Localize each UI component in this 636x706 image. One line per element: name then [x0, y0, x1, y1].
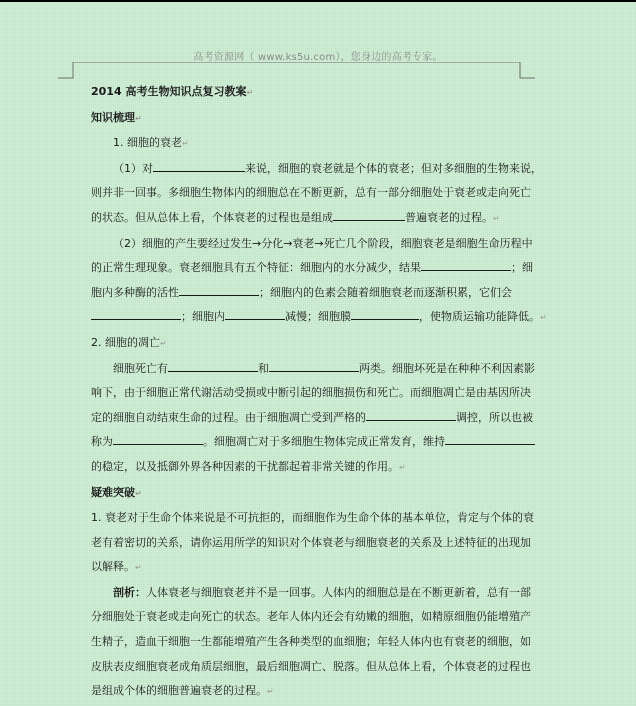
- item-heading-cell-aging: 1. 细胞的衰老↵: [91, 131, 547, 157]
- analysis-line-1: 剖析：人体衰老与细胞衰老并不是一回事。人体内的细胞总是在不断更新着，总有一部: [91, 581, 547, 606]
- question-line-1: 1. 衰老对于生命个体来说是不可抗拒的，而细胞作为生命个体的基本单位，肯定与个体…: [91, 506, 547, 531]
- fill-blank: [421, 260, 511, 271]
- paragraph-1-line-3: 的状态。但从总体上看，个体衰老的过程也是组成普遍衰老的过程。↵: [91, 206, 547, 232]
- paragraph-2-line-2: 的正常生理现象。衰老细胞具有五个特征：细胞内的水分减少，结果；细: [91, 256, 547, 281]
- fill-blank: [445, 434, 535, 445]
- question-line-2: 老有着密切的关系，请你运用所学的知识对个体衰老与细胞衰老的关系及上述特征的出现加: [91, 531, 547, 556]
- section-heading-knowledge: 知识梳理↵: [91, 106, 547, 132]
- fill-blank: [91, 309, 181, 320]
- item-heading-apoptosis: 2. 细胞的凋亡↵: [91, 331, 547, 357]
- paragraph-2-line-1: （2）细胞的产生要经过发生→分化→衰老→死亡几个阶段，细胞衰老是细胞生命历程中: [91, 232, 547, 257]
- fill-blank: [179, 285, 259, 296]
- document-title: 2014 高考生物知识点复习教案↵: [91, 80, 547, 106]
- fill-blank: [269, 361, 359, 372]
- fill-blank: [168, 361, 258, 372]
- document-body: 2014 高考生物知识点复习教案↵ 知识梳理↵ 1. 细胞的衰老↵ （1）对来说…: [91, 80, 547, 705]
- analysis-line-4: 皮肤表皮细胞衰老成角质层细胞，最后细胞凋亡、脱落。但从总体上看，个体衰老的过程也: [91, 655, 547, 680]
- header-rule: [58, 62, 575, 79]
- page-header: 高考资源网（ www.ks5u.com），您身边的高考专家。: [0, 48, 636, 63]
- fill-blank: [366, 410, 456, 421]
- paragraph-1-line-1: （1）对来说，细胞的衰老就是个体的衰老；但对多细胞的生物来说，: [91, 157, 547, 182]
- analysis-line-5: 是组成个体的细胞普遍衰老的过程。↵: [91, 679, 547, 705]
- window-top-border: [0, 0, 636, 2]
- fill-blank: [351, 309, 419, 320]
- fill-blank: [153, 161, 245, 172]
- analysis-line-3: 生精子，造血干细胞一生都能增殖产生各种类型的血细胞；年轻人体内也有衰老的细胞，如: [91, 630, 547, 655]
- apoptosis-line-3: 定的细胞自动结束生命的过程。由于细胞凋亡受到严格的调控，所以也被: [91, 406, 547, 431]
- analysis-label: 剖析：: [113, 586, 146, 599]
- section-heading-difficulties: 疑难突破↵: [91, 481, 547, 507]
- fill-blank: [333, 210, 405, 221]
- apoptosis-line-2: 响下，由于细胞正常代谢活动受损或中断引起的细胞损伤和死亡。而细胞凋亡是由基因所决: [91, 381, 547, 406]
- apoptosis-line-4: 称为。细胞凋亡对于多细胞生物体完成正常发育，维持: [91, 430, 547, 455]
- apoptosis-line-5: 的稳定，以及抵御外界各种因素的干扰都起着非常关键的作用。↵: [91, 455, 547, 481]
- fill-blank: [113, 434, 203, 445]
- paragraph-2-line-3: 胞内多种酶的活性；细胞内的色素会随着细胞衰老而逐渐积累，它们会: [91, 281, 547, 306]
- apoptosis-line-1: 细胞死亡有和两类。细胞坏死是在种种不利因素影: [91, 357, 547, 382]
- paragraph-2-line-4: ；细胞内减慢；细胞膜，使物质运输功能降低。↵: [91, 305, 547, 331]
- fill-blank: [225, 309, 285, 320]
- paragraph-1-line-2: 则并非一回事。多细胞生物体内的细胞总在不断更新，总有一部分细胞处于衰老或走向死亡: [91, 181, 547, 206]
- analysis-line-2: 分细胞处于衰老或走向死亡的状态。老年人体内还会有幼嫩的细胞，如精原细胞仍能增殖产: [91, 605, 547, 630]
- question-line-3: 以解释。↵: [91, 555, 547, 581]
